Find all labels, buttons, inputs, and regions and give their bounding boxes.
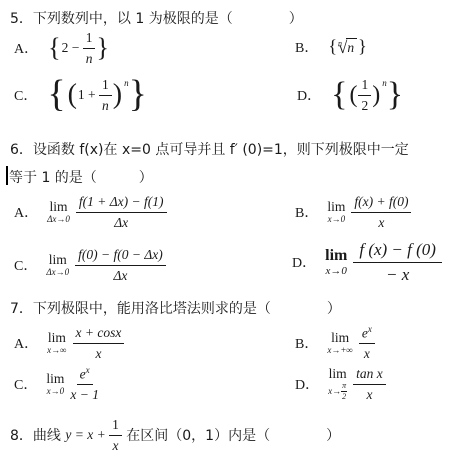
term: 2 − bbox=[62, 40, 83, 56]
fraction: 1 x bbox=[109, 417, 122, 453]
lim-word: lim bbox=[327, 200, 345, 214]
question-6-text-line2: 等于 1 的是（ ） bbox=[9, 167, 153, 187]
lim-subscript: x→0 bbox=[326, 266, 347, 277]
exponent: x bbox=[86, 365, 90, 375]
question-5-title: 5．下列数列中，以 1 为极限的是（ ） bbox=[10, 8, 303, 28]
subscript-prefix: x→ bbox=[328, 387, 341, 396]
question-8-text-post: 在区间（0，1）内是（ ） bbox=[122, 425, 340, 445]
denominator: x bbox=[112, 436, 118, 454]
numerator: f(x) + f(0) bbox=[351, 194, 411, 213]
left-brace: { bbox=[46, 93, 66, 97]
fraction: f(0) − f(0 − Δx) Δx bbox=[75, 247, 166, 283]
exponent: x bbox=[368, 324, 372, 334]
q5-option-a: A． { 2 − 1 n } bbox=[14, 28, 110, 68]
q6-option-d: D． lim x→0 f (x) − f (0) − x bbox=[292, 238, 442, 286]
lim-word: lim bbox=[325, 248, 347, 264]
formula-sequence-d: { ( 1 2 ) n } bbox=[330, 77, 404, 113]
limit-operator: lim x→0 bbox=[325, 248, 347, 277]
fraction: f(1 + Δx) − f(1) Δx bbox=[76, 194, 167, 230]
fraction: tan x x bbox=[353, 366, 386, 402]
question-6-title-line2: 等于 1 的是（ ） bbox=[9, 167, 153, 187]
numerator: π bbox=[341, 382, 347, 392]
left-paren: ( bbox=[67, 94, 78, 97]
limit-operator: lim x→∞ bbox=[47, 331, 66, 356]
right-brace: } bbox=[128, 93, 148, 97]
lim-subscript: x→0 bbox=[47, 387, 65, 396]
curve-equation: y = x + bbox=[65, 427, 109, 443]
exam-document: 5．下列数列中，以 1 为极限的是（ ） A． { 2 − 1 n } B． {… bbox=[0, 0, 464, 457]
numerator: 1 bbox=[109, 417, 122, 436]
q6-option-a: A． lim Δx→0 f(1 + Δx) − f(1) Δx bbox=[14, 194, 167, 230]
lim-subscript: x→+∞ bbox=[327, 346, 352, 355]
lim-word: lim bbox=[50, 200, 68, 214]
denominator: 2 bbox=[342, 392, 346, 401]
lim-subscript: Δx→0 bbox=[47, 215, 70, 224]
q6-option-b: B． lim x→0 f(x) + f(0) x bbox=[295, 194, 411, 230]
lim-word: lim bbox=[48, 331, 66, 345]
option-label: C． bbox=[14, 255, 37, 275]
q6-option-c: C． lim Δx→0 f(0) − f(0 − Δx) Δx bbox=[14, 247, 166, 283]
denominator: n bbox=[86, 49, 93, 67]
option-label: A． bbox=[14, 333, 38, 353]
fraction: 1 2 bbox=[358, 77, 371, 113]
radicand: n bbox=[346, 38, 357, 56]
denominator: Δx bbox=[113, 266, 127, 284]
limit-operator: lim Δx→0 bbox=[46, 253, 69, 278]
limit-operator: lim x→0 bbox=[327, 200, 345, 225]
denominator: Δx bbox=[114, 213, 128, 231]
q5-option-d: D． { ( 1 2 ) n } bbox=[297, 74, 404, 116]
question-8-title: 8．曲线 y = x + 1 x 在区间（0，1）内是（ ） bbox=[10, 417, 340, 453]
formula-sequence-b: { n √ n } bbox=[327, 38, 367, 56]
formula-sequence-c: { ( 1 + 1 n ) n } bbox=[46, 77, 148, 113]
numerator: tan x bbox=[353, 366, 386, 385]
denominator: n bbox=[102, 96, 109, 114]
question-7-title: 7．下列极限中，能用洛比塔法则求的是（ ） bbox=[10, 298, 341, 318]
fraction: ex x bbox=[359, 324, 375, 362]
option-label: D． bbox=[297, 85, 321, 105]
fraction: x + cosx x bbox=[73, 325, 125, 361]
question-6-text-line1: 6．设函数 f(x)在 x=0 点可导并且 f′ (0)=1，则下列极限中一定 bbox=[10, 139, 409, 159]
exponent: n bbox=[124, 78, 129, 88]
numerator: f (x) − f (0) bbox=[353, 240, 442, 263]
text-cursor bbox=[6, 166, 8, 185]
denominator: − x bbox=[386, 263, 409, 285]
denominator: x bbox=[366, 385, 372, 403]
denominator: x bbox=[364, 344, 370, 362]
option-label: D． bbox=[295, 374, 319, 394]
numerator: ex bbox=[77, 365, 93, 385]
option-label: A． bbox=[14, 38, 38, 58]
term: 1 + bbox=[78, 87, 99, 103]
lim-subscript: Δx→0 bbox=[46, 268, 69, 277]
limit-operator: lim x→+∞ bbox=[327, 331, 352, 356]
right-paren: ) bbox=[371, 94, 381, 96]
denominator: 2 bbox=[361, 96, 368, 114]
lim-word: lim bbox=[329, 367, 347, 381]
numerator: ex bbox=[359, 324, 375, 344]
fraction: ex x − 1 bbox=[70, 365, 99, 403]
q7-option-d: D． lim x→π2 tan x x bbox=[295, 362, 386, 406]
denominator: x bbox=[378, 213, 384, 231]
question-7-text: 7．下列极限中，能用洛比塔法则求的是（ ） bbox=[10, 298, 341, 318]
denominator: x − 1 bbox=[70, 385, 99, 403]
formula-sequence-a: { 2 − 1 n } bbox=[47, 30, 110, 66]
right-brace: } bbox=[386, 93, 404, 96]
numerator: x + cosx bbox=[73, 325, 125, 344]
q5-option-b: B． { n √ n } bbox=[295, 34, 368, 60]
q5-option-c: C． { ( 1 + 1 n ) n } bbox=[14, 72, 148, 118]
numerator: 1 bbox=[358, 77, 371, 96]
option-label: B． bbox=[295, 333, 318, 353]
limit-operator: lim Δx→0 bbox=[47, 200, 70, 225]
numerator: f(1 + Δx) − f(1) bbox=[76, 194, 167, 213]
option-label: A． bbox=[14, 202, 38, 222]
nth-root: n √ n bbox=[338, 38, 357, 56]
limit-operator: lim x→π2 bbox=[328, 367, 347, 402]
fraction: f(x) + f(0) x bbox=[351, 194, 411, 230]
numerator: 1 bbox=[83, 30, 96, 49]
option-label: C． bbox=[14, 85, 37, 105]
right-paren: ) bbox=[112, 94, 123, 97]
fraction: f (x) − f (0) − x bbox=[353, 240, 442, 284]
left-brace: { bbox=[330, 93, 348, 96]
q7-option-c: C． lim x→0 ex x − 1 bbox=[14, 364, 99, 404]
question-8-text-pre: 8．曲线 bbox=[10, 425, 65, 445]
lim-word: lim bbox=[46, 372, 64, 386]
lim-subscript: x→π2 bbox=[328, 382, 347, 401]
numerator: 1 bbox=[99, 77, 112, 96]
lim-subscript: x→∞ bbox=[47, 346, 66, 355]
left-brace: { bbox=[327, 46, 338, 48]
right-brace: } bbox=[95, 47, 109, 50]
question-6-title-line1: 6．设函数 f(x)在 x=0 点可导并且 f′ (0)=1，则下列极限中一定 bbox=[10, 139, 409, 159]
left-paren: ( bbox=[348, 94, 358, 96]
q7-option-b: B． lim x→+∞ ex x bbox=[295, 323, 375, 363]
limit-operator: lim x→0 bbox=[46, 372, 64, 397]
option-label: B． bbox=[295, 37, 318, 57]
left-brace: { bbox=[47, 47, 61, 50]
option-label: B． bbox=[295, 202, 318, 222]
denominator: x bbox=[95, 344, 101, 362]
pi-over-two: π2 bbox=[341, 382, 347, 401]
right-brace: } bbox=[357, 46, 368, 48]
option-label: C． bbox=[14, 374, 37, 394]
lim-word: lim bbox=[49, 253, 67, 267]
numerator: f(0) − f(0 − Δx) bbox=[75, 247, 166, 266]
exponent: n bbox=[382, 78, 387, 88]
q7-option-a: A． lim x→∞ x + cosx x bbox=[14, 325, 124, 361]
fraction: 1 n bbox=[99, 77, 112, 113]
fraction: 1 n bbox=[83, 30, 96, 66]
question-5-text: 5．下列数列中，以 1 为极限的是（ ） bbox=[10, 8, 303, 28]
lim-subscript: x→0 bbox=[328, 215, 346, 224]
lim-word: lim bbox=[331, 331, 349, 345]
option-label: D． bbox=[292, 252, 316, 272]
